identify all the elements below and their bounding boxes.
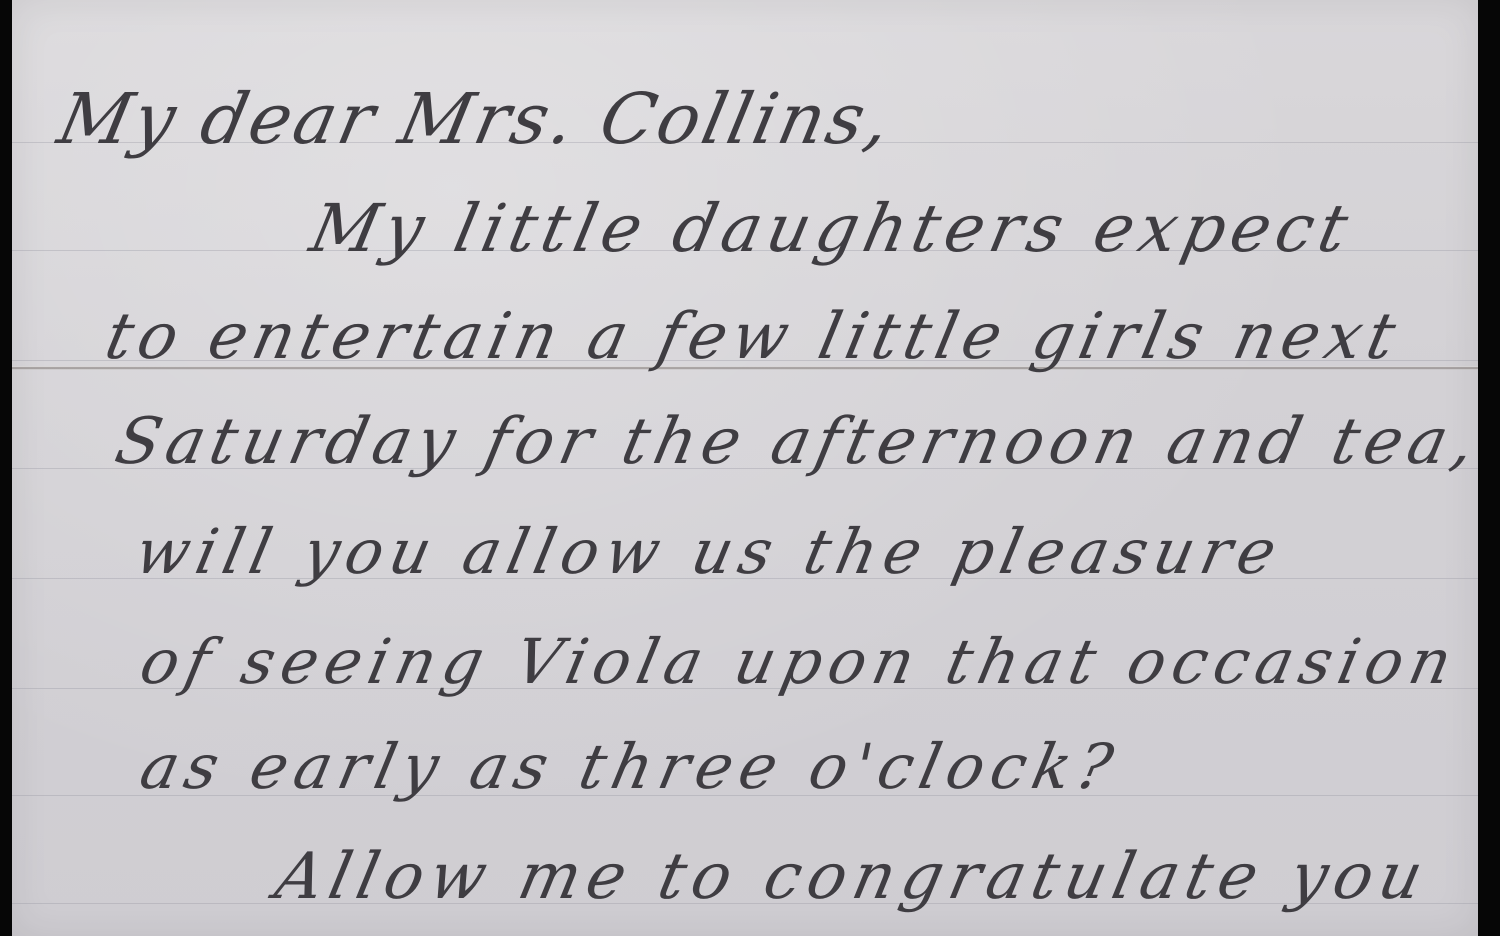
letter-line-1: My little daughters expect: [304, 190, 1361, 267]
letter-line-3: Saturday for the afternoon and tea,: [109, 405, 1487, 479]
letter-paper: My dear Mrs. Collins, My little daughter…: [12, 0, 1478, 936]
letter-line-7: Allow me to congratulate you: [269, 840, 1436, 914]
letter-salutation: My dear Mrs. Collins,: [51, 78, 900, 160]
letter-line-2: to entertain a few little girls next: [99, 300, 1407, 374]
letter-line-6: as early as three o'clock?: [134, 730, 1126, 803]
letter-line-5: of seeing Viola upon that occasion: [134, 625, 1465, 698]
letter-line-4: will you allow us the pleasure: [129, 515, 1289, 588]
letter-photo: My dear Mrs. Collins, My little daughter…: [0, 0, 1500, 936]
